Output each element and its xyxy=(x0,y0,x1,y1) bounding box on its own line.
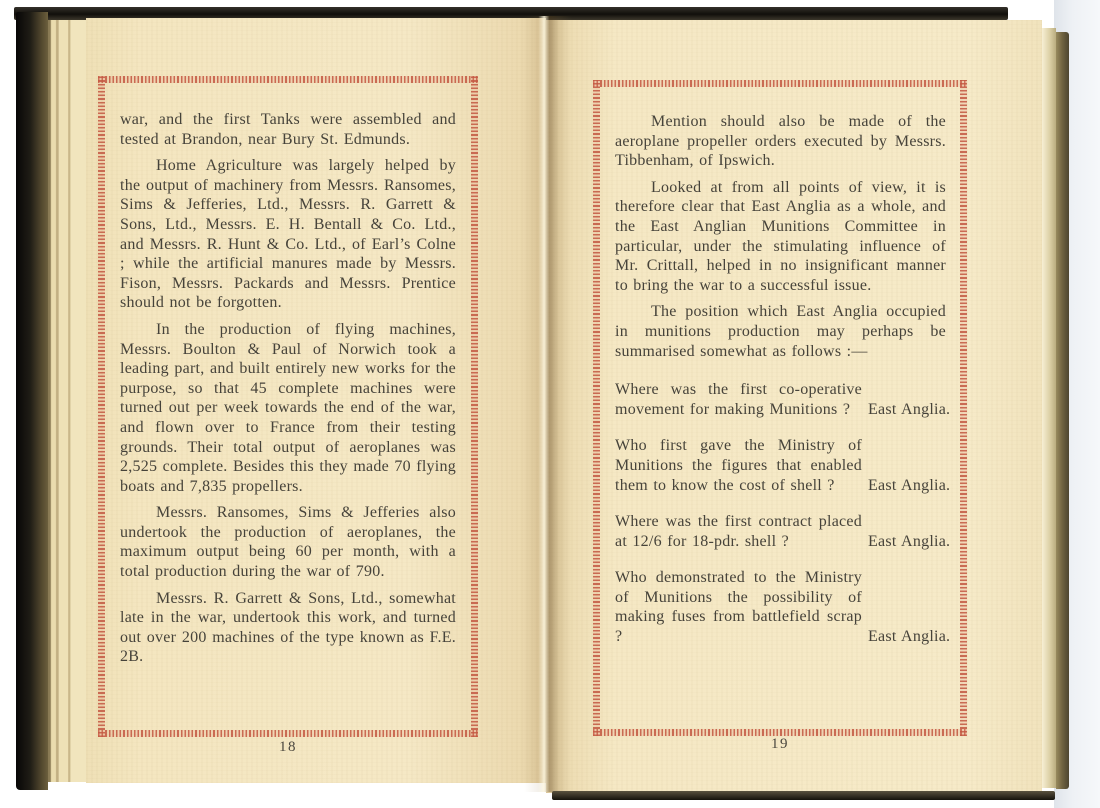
border-top xyxy=(98,76,478,83)
left-page-text: war, and the first Tanks were assembled … xyxy=(120,110,456,674)
book-cover-edge-right xyxy=(1056,32,1069,789)
right-page: Mention should also be made of the aerop… xyxy=(546,20,1042,793)
paragraph: war, and the first Tanks were assembled … xyxy=(120,110,456,149)
qa-item: Who first gave the Ministry of Munitions… xyxy=(615,436,946,495)
qa-question: Where was the first contract placed at 1… xyxy=(615,512,868,551)
paragraph: Messrs. Ransomes, Sims & Jefferies also … xyxy=(120,503,456,581)
page-number-left: 18 xyxy=(98,739,478,756)
qa-item: Who demonstrated to the Ministry of Muni… xyxy=(615,568,946,646)
border-left xyxy=(98,76,105,737)
border-top xyxy=(593,80,967,87)
page-number-right: 19 xyxy=(593,736,967,753)
book-bottom-edge xyxy=(552,791,1055,800)
book-cover-edge-left xyxy=(16,12,48,790)
qa-summary-list: Where was the first co-operative movemen… xyxy=(615,380,946,647)
qa-item: Where was the first co-operative movemen… xyxy=(615,380,946,419)
border-right xyxy=(960,80,967,736)
qa-item: Where was the first contract placed at 1… xyxy=(615,512,946,551)
paragraph: Messrs. R. Garrett & Sons, Ltd., somewha… xyxy=(120,589,456,667)
left-page: war, and the first Tanks were assembled … xyxy=(86,18,546,783)
qa-question: Who first gave the Ministry of Munitions… xyxy=(615,436,868,495)
qa-answer: East Anglia. xyxy=(868,627,950,647)
qa-answer: East Anglia. xyxy=(868,476,950,496)
right-page-text: Mention should also be made of the aerop… xyxy=(615,112,946,647)
qa-question: Where was the first co-operative movemen… xyxy=(615,380,868,419)
border-bottom xyxy=(98,730,478,737)
border-left xyxy=(593,80,600,736)
border-right xyxy=(471,76,478,737)
paragraph: Home Agriculture was largely helped by t… xyxy=(120,156,456,313)
paragraph: Mention should also be made of the aerop… xyxy=(615,112,946,171)
paragraph: The position which East Anglia occupied … xyxy=(615,302,946,361)
qa-question: Who demonstrated to the Ministry of Muni… xyxy=(615,568,868,646)
page-stack-edges xyxy=(48,20,86,782)
paragraph: Looked at from all points of view, it is… xyxy=(615,178,946,296)
paragraph: In the production of flying machines, Me… xyxy=(120,320,456,496)
book-scan: war, and the first Tanks were assembled … xyxy=(0,0,1100,808)
page-fore-edge-right xyxy=(1042,28,1056,788)
border-bottom xyxy=(593,729,967,736)
qa-answer: East Anglia. xyxy=(868,532,950,552)
qa-answer: East Anglia. xyxy=(868,400,950,420)
